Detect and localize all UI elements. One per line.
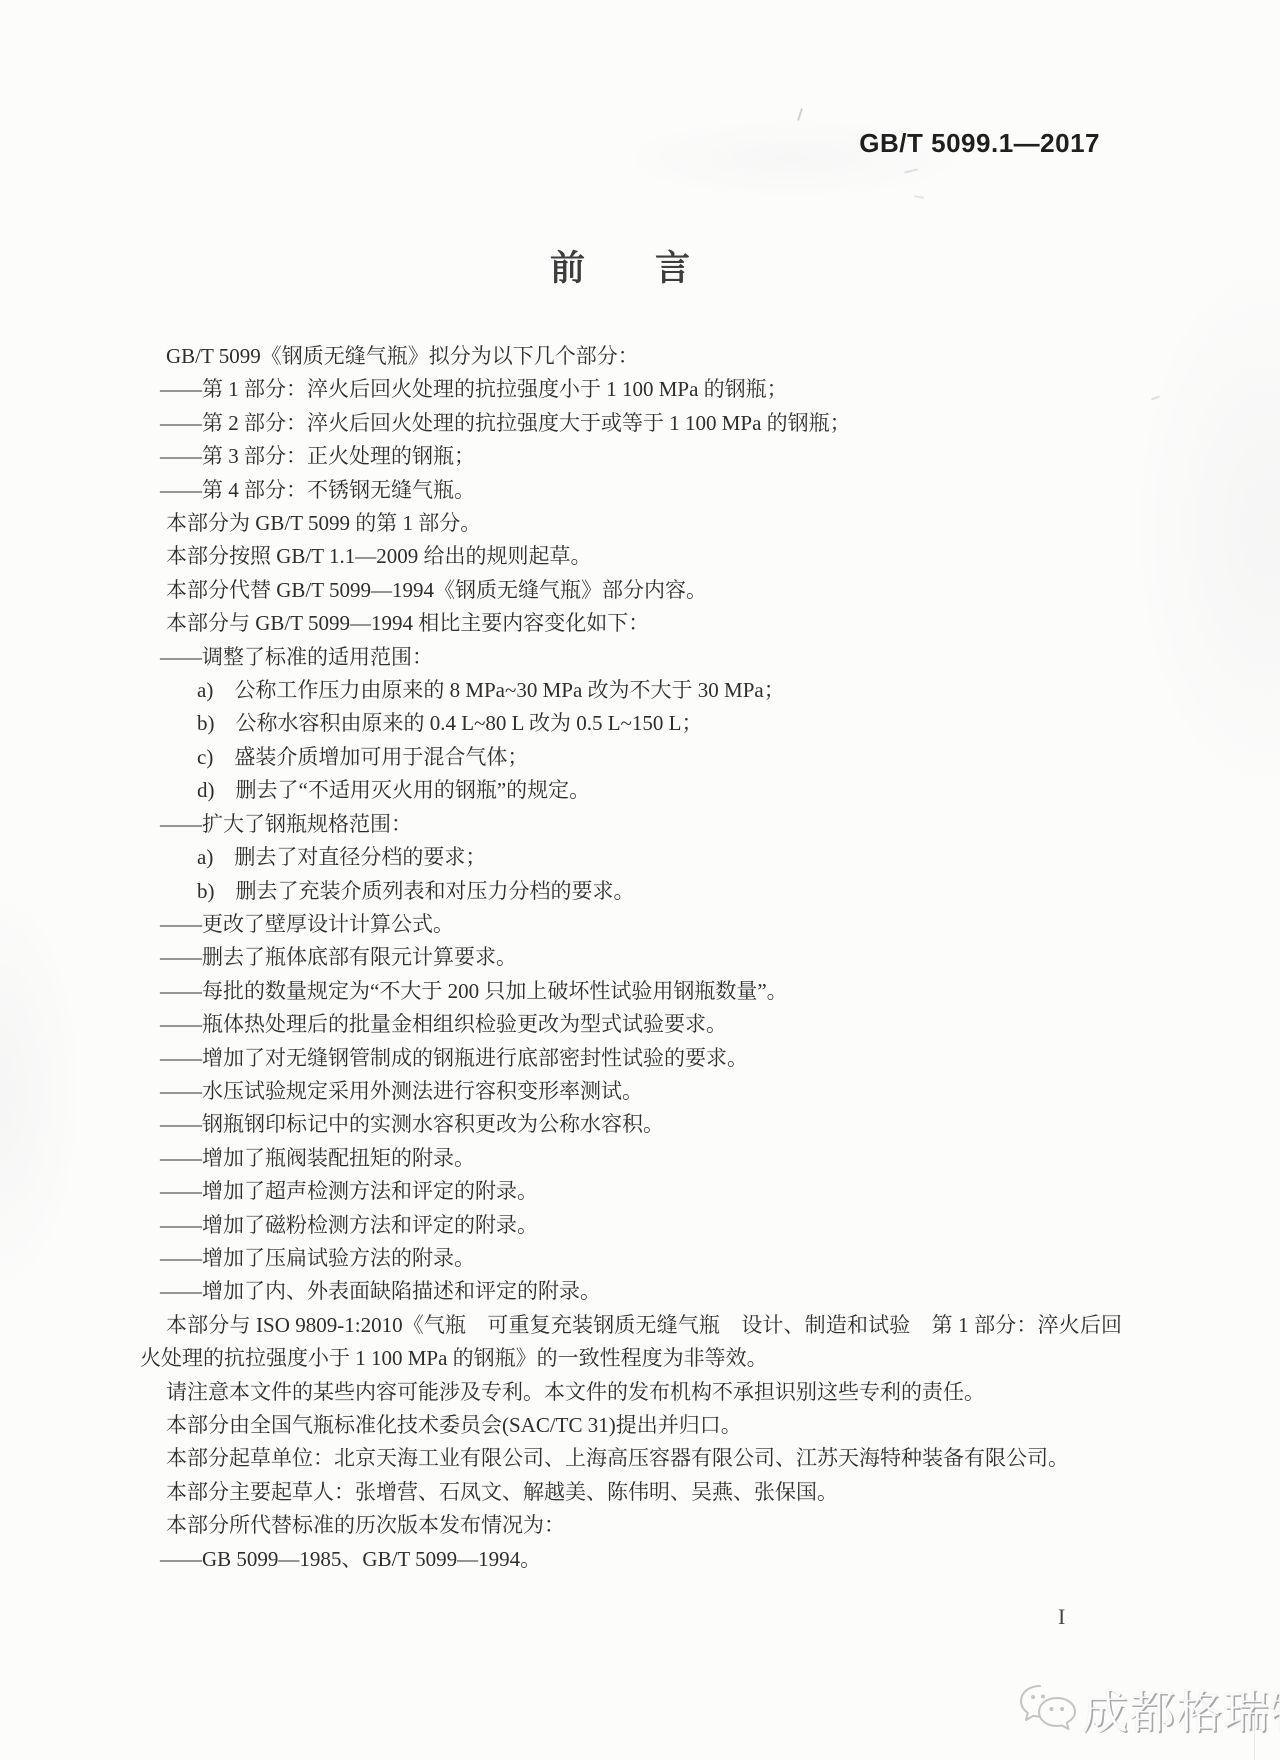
body-line: ——增加了压扁试验方法的附录。 [140, 1242, 1122, 1275]
body-line: ——第 1 部分：淬火后回火处理的抗拉强度小于 1 100 MPa 的钢瓶； [140, 373, 1122, 406]
body-line: a) 公称工作压力由原来的 8 MPa~30 MPa 改为不大于 30 MPa； [140, 674, 1122, 707]
page-title: 前 言 [0, 241, 1240, 291]
body-line: ——增加了对无缝钢管制成的钢瓶进行底部密封性试验的要求。 [140, 1042, 1122, 1075]
watermark: 成都格瑞特 [1018, 1676, 1280, 1742]
body-line: ——第 2 部分：淬火后回火处理的抗拉强度大于或等于 1 100 MPa 的钢瓶… [140, 407, 1122, 440]
body-line: 本部分与 GB/T 5099—1994 相比主要内容变化如下： [140, 607, 1122, 640]
body-line: ——更改了壁厚设计计算公式。 [140, 908, 1122, 941]
body-line: 请注意本文件的某些内容可能涉及专利。本文件的发布机构不承担识别这些专利的责任。 [140, 1376, 1122, 1409]
body-line: 本部分为 GB/T 5099 的第 1 部分。 [140, 507, 1122, 540]
foreword-body: GB/T 5099《钢质无缝气瓶》拟分为以下几个部分：——第 1 部分：淬火后回… [140, 340, 1122, 1576]
body-line: b) 删去了充装介质列表和对压力分档的要求。 [140, 875, 1122, 908]
body-line: c) 盛装介质增加可用于混合气体； [140, 741, 1122, 774]
body-line: b) 公称水容积由原来的 0.4 L~80 L 改为 0.5 L~150 L； [140, 707, 1122, 740]
watermark-text: 成都格瑞特 [1082, 1676, 1280, 1742]
scan-artifact [797, 108, 803, 121]
body-line: 本部分由全国气瓶标准化技术委员会(SAC/TC 31)提出并归口。 [140, 1409, 1122, 1442]
chat-bubbles-icon [1018, 1684, 1078, 1734]
body-line: 本部分与 ISO 9809-1:2010《气瓶 可重复充装钢质无缝气瓶 设计、制… [140, 1309, 1122, 1376]
page-number: I [1058, 1604, 1065, 1630]
scan-artifact [904, 168, 918, 173]
body-line: 本部分代替 GB/T 5099—1994《钢质无缝气瓶》部分内容。 [140, 574, 1122, 607]
body-line: ——增加了磁粉检测方法和评定的附录。 [140, 1209, 1122, 1242]
scan-artifact [1151, 396, 1160, 401]
body-line: 本部分按照 GB/T 1.1—2009 给出的规则起草。 [140, 540, 1122, 573]
body-line: ——增加了瓶阀装配扭矩的附录。 [140, 1142, 1122, 1175]
title-char-second: 言 [655, 241, 690, 291]
scan-artifact [914, 195, 924, 198]
body-line: ——每批的数量规定为“不大于 200 只加上破坏性试验用钢瓶数量”。 [140, 975, 1122, 1008]
body-line: ——钢瓶钢印标记中的实测水容积更改为公称水容积。 [140, 1108, 1122, 1141]
title-char-first: 前 [550, 241, 585, 291]
body-line: d) 删去了“不适用灭火用的钢瓶”的规定。 [140, 774, 1122, 807]
scanned-document-page: GB/T 5099.1—2017 前 言 GB/T 5099《钢质无缝气瓶》拟分… [0, 0, 1280, 1760]
body-line: ——水压试验规定采用外测法进行容积变形率测试。 [140, 1075, 1122, 1108]
body-line: 本部分起草单位：北京天海工业有限公司、上海高压容器有限公司、江苏天海特种装备有限… [140, 1442, 1122, 1475]
body-line: ——删去了瓶体底部有限元计算要求。 [140, 941, 1122, 974]
body-line: ——增加了内、外表面缺陷描述和评定的附录。 [140, 1275, 1122, 1308]
body-line: ——第 3 部分：正火处理的钢瓶； [140, 440, 1122, 473]
standard-number: GB/T 5099.1—2017 [859, 128, 1100, 159]
body-line: ——扩大了钢瓶规格范围： [140, 808, 1122, 841]
body-line: GB/T 5099《钢质无缝气瓶》拟分为以下几个部分： [140, 340, 1122, 373]
body-line: ——第 4 部分：不锈钢无缝气瓶。 [140, 474, 1122, 507]
body-line: ——GB 5099—1985、GB/T 5099—1994。 [140, 1543, 1122, 1576]
body-line: 本部分主要起草人：张增营、石凤文、解越美、陈伟明、吴燕、张保国。 [140, 1476, 1122, 1509]
body-line: ——瓶体热处理后的批量金相组织检验更改为型式试验要求。 [140, 1008, 1122, 1041]
body-line: ——调整了标准的适用范围： [140, 641, 1122, 674]
body-line: ——增加了超声检测方法和评定的附录。 [140, 1175, 1122, 1208]
body-line: 本部分所代替标准的历次版本发布情况为： [140, 1509, 1122, 1542]
body-line: a) 删去了对直径分档的要求； [140, 841, 1122, 874]
scan-artifact [1254, 1690, 1255, 1760]
